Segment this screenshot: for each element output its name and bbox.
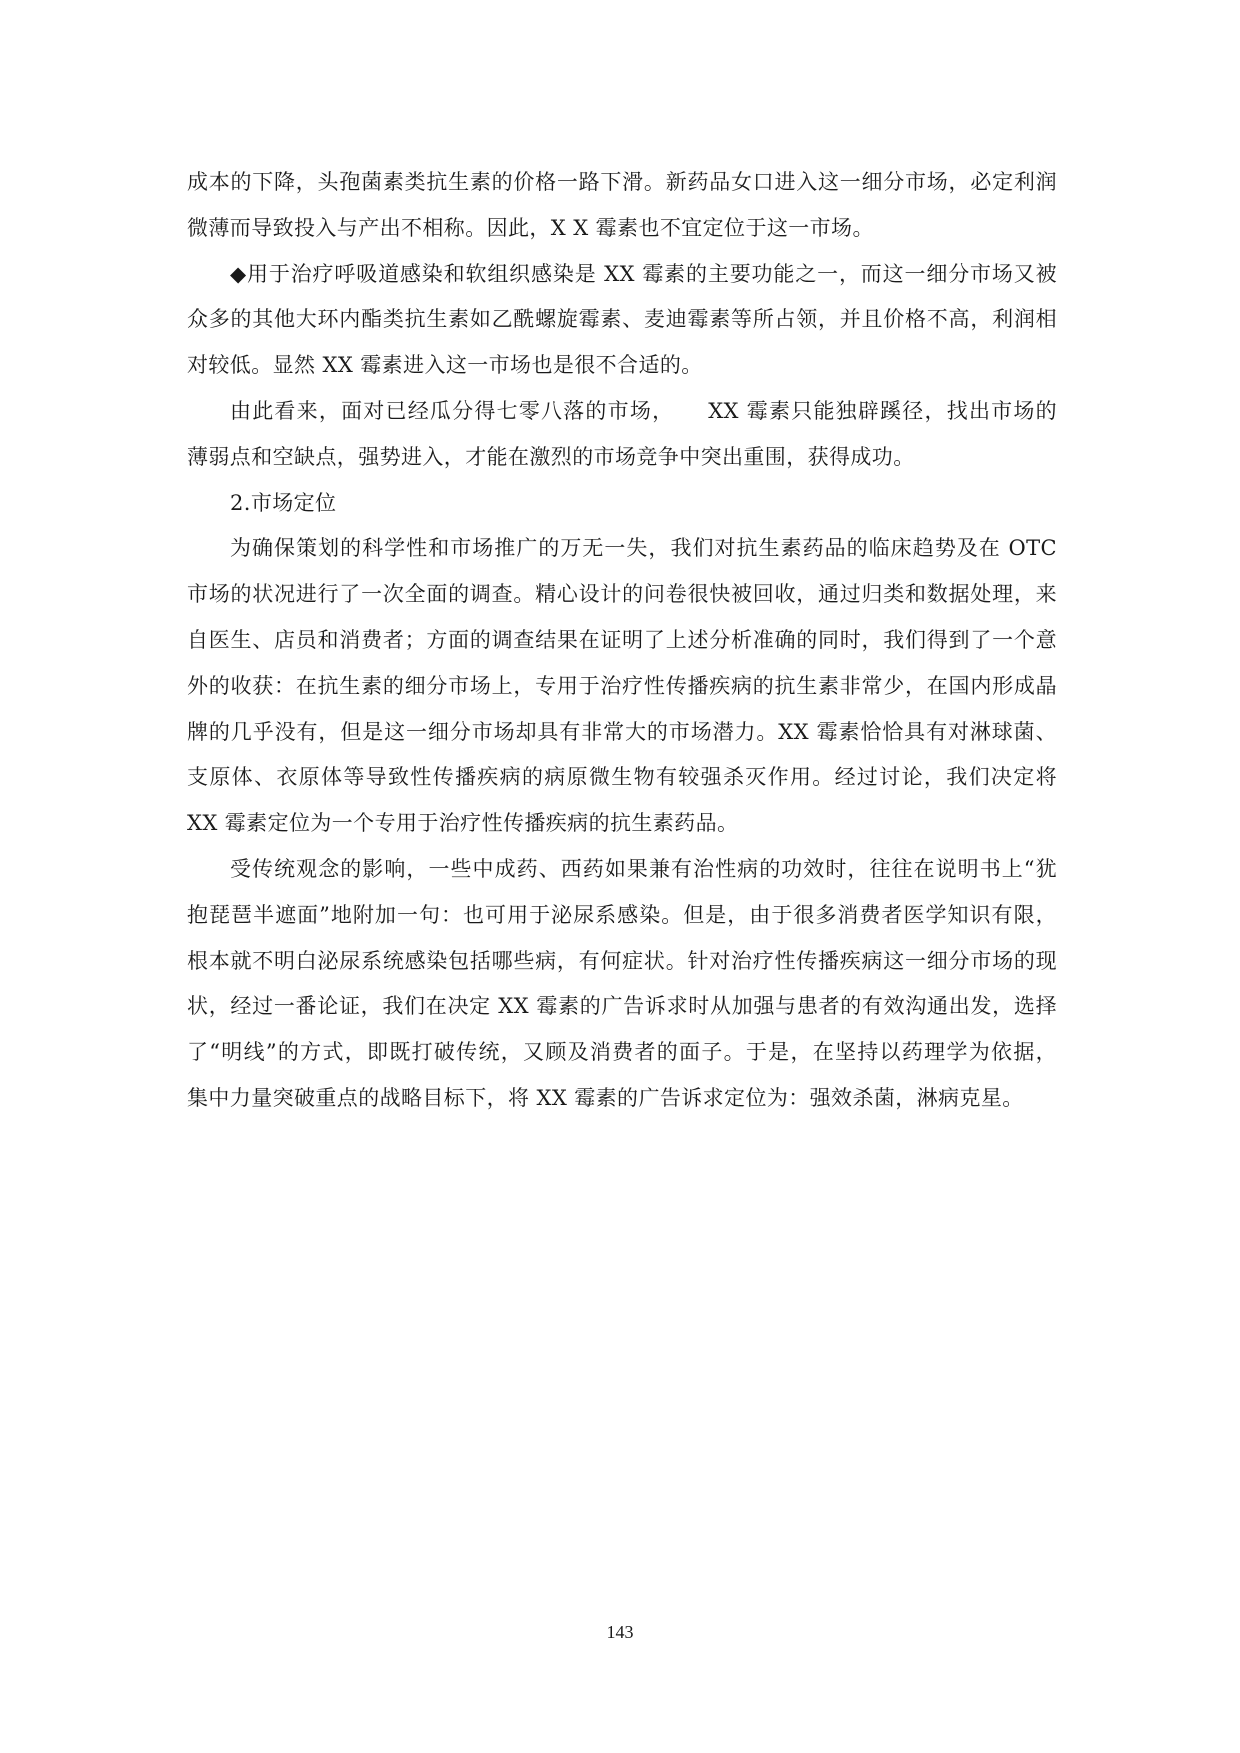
section-heading: 2.市场定位: [187, 481, 1057, 527]
text-line: 薄弱点和空缺点，强势进入，才能在激烈的市场竞争中突出重围，获得成功。: [187, 435, 1057, 481]
paragraph: ◆用于治疗呼吸道感染和软组织感染是 XX 霉素的主要功能之一，而这一细分市场又被…: [187, 252, 1057, 389]
text-line: 集中力量突破重点的战略目标下，将 XX 霉素的广告诉求定位为：强效杀菌，淋病克星…: [187, 1076, 1057, 1122]
text-line: 抱琵琶半遮面”地附加一句：也可用于泌尿系感染。但是，由于很多消费者医学知识有限，: [187, 893, 1057, 939]
text-line: 对较低。显然 XX 霉素进入这一市场也是很不合适的。: [187, 343, 1057, 389]
text-line: 众多的其他大环内酯类抗生素如乙酰螺旋霉素、麦迪霉素等所占领，并且价格不高，利润相: [187, 297, 1057, 343]
text-line: 成本的下降，头孢菌素类抗生素的价格一路下滑。新药品女口进入这一细分市场，必定利润: [187, 160, 1057, 206]
text-line: 为确保策划的科学性和市场推广的万无一失，我们对抗生素药品的临床趋势及在 OTC: [187, 526, 1057, 572]
paragraph: 成本的下降，头孢菌素类抗生素的价格一路下滑。新药品女口进入这一细分市场，必定利润…: [187, 160, 1057, 252]
text-line: 牌的几乎没有，但是这一细分市场却具有非常大的市场潜力。XX 霉素恰恰具有对淋球菌…: [187, 710, 1057, 756]
text-line: 受传统观念的影响，一些中成药、西药如果兼有治性病的功效时，往往在说明书上“犹: [187, 847, 1057, 893]
paragraph: 由此看来，面对已经瓜分得七零八落的市场， XX 霉素只能独辟蹊径，找出市场的薄弱…: [187, 389, 1057, 481]
text-line: 根本就不明白泌尿系统感染包括哪些病，有何症状。针对治疗性传播疾病这一细分市场的现: [187, 939, 1057, 985]
text-line: 2.市场定位: [187, 481, 1057, 527]
document-page: 成本的下降，头孢菌素类抗生素的价格一路下滑。新药品女口进入这一细分市场，必定利润…: [0, 0, 1240, 1753]
text-line: 了“明线”的方式，即既打破传统，又顾及消费者的面子。于是，在坚持以药理学为依据，: [187, 1030, 1057, 1076]
text-line: 由此看来，面对已经瓜分得七零八落的市场， XX 霉素只能独辟蹊径，找出市场的: [187, 389, 1057, 435]
text-line: 支原体、衣原体等导致性传播疾病的病原微生物有较强杀灭作用。经过讨论，我们决定将: [187, 755, 1057, 801]
text-line: 外的收获：在抗生素的细分市场上，专用于治疗性传播疾病的抗生素非常少，在国内形成晶: [187, 664, 1057, 710]
page-number: 143: [0, 1622, 1240, 1643]
text-line: ◆用于治疗呼吸道感染和软组织感染是 XX 霉素的主要功能之一，而这一细分市场又被: [187, 252, 1057, 298]
text-line: XX 霉素定位为一个专用于治疗性传播疾病的抗生素药品。: [187, 801, 1057, 847]
body-text: 成本的下降，头孢菌素类抗生素的价格一路下滑。新药品女口进入这一细分市场，必定利润…: [187, 160, 1057, 1122]
text-line: 自医生、店员和消费者；方面的调查结果在证明了上述分析准确的同时，我们得到了一个意: [187, 618, 1057, 664]
text-line: 状，经过一番论证，我们在决定 XX 霉素的广告诉求时从加强与患者的有效沟通出发，…: [187, 984, 1057, 1030]
text-line: 微薄而导致投入与产出不相称。因此，X X 霉素也不宜定位于这一市场。: [187, 206, 1057, 252]
text-line: 市场的状况进行了一次全面的调查。精心设计的问卷很快被回收，通过归类和数据处理，来: [187, 572, 1057, 618]
paragraph: 为确保策划的科学性和市场推广的万无一失，我们对抗生素药品的临床趋势及在 OTC市…: [187, 526, 1057, 847]
paragraph: 受传统观念的影响，一些中成药、西药如果兼有治性病的功效时，往往在说明书上“犹抱琵…: [187, 847, 1057, 1122]
